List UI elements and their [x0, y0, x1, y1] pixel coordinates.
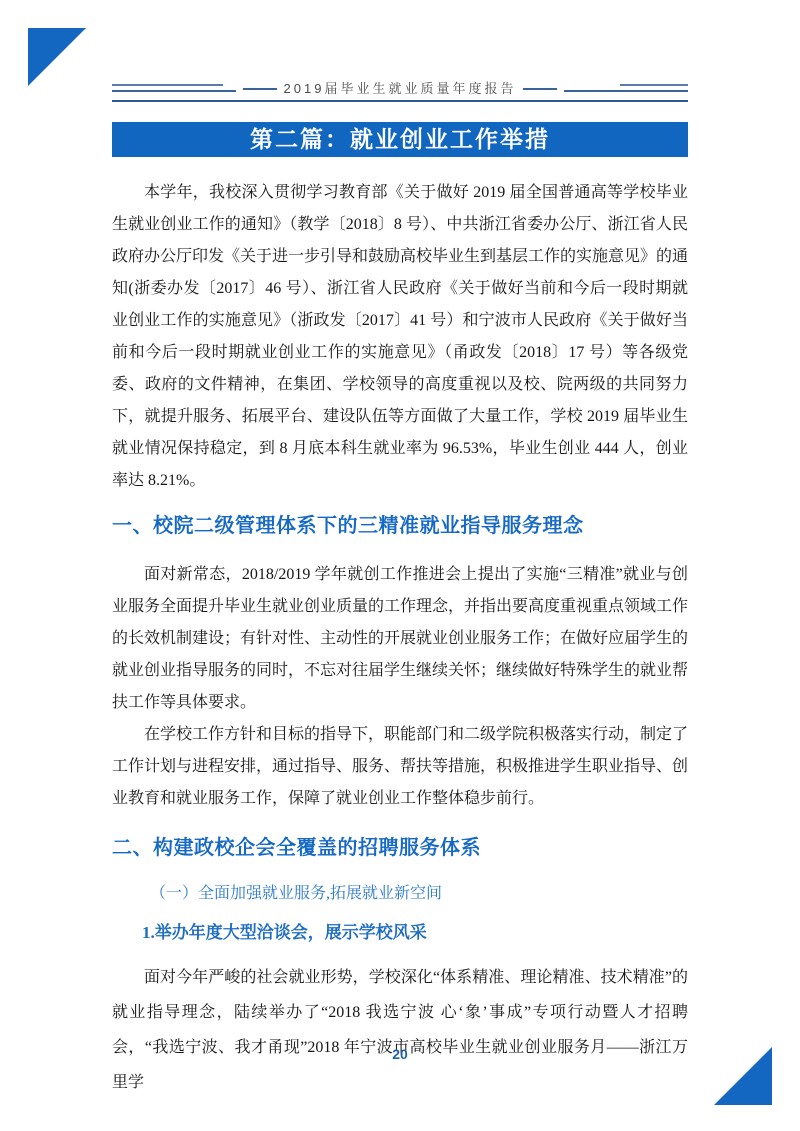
item-heading: 1.举办年度大型洽谈会，展示学校风采	[112, 922, 688, 944]
section-two-heading: 二、构建政校企会全覆盖的招聘服务体系	[112, 835, 688, 861]
header-bottom-rule	[112, 100, 688, 102]
header-title: 2019届毕业生就业质量年度报告	[284, 82, 517, 96]
page-number: 20	[0, 1046, 800, 1062]
header-dash-right	[523, 88, 557, 90]
section-two-paragraph: 面对今年严峻的社会就业形势，学校深化“体系精准、理论精准、技术精准”的就业指导理…	[112, 960, 688, 1100]
section-one-paragraph-1: 面对新常态，2018/2019 学年就创工作推进会上提出了实施“三精准”就业与创…	[112, 559, 688, 719]
document-page: { "header": { "title": "2019届毕业生就业质量年度报告…	[0, 0, 800, 1131]
page-content: 本学年，我校深入贯彻学习教育部《关于做好 2019 届全国普通高等学校毕业生就业…	[112, 157, 688, 1100]
header-rule-left	[112, 82, 236, 96]
page-header: 2019届毕业生就业质量年度报告	[112, 80, 688, 98]
section-one-heading: 一、校院二级管理体系下的三精准就业指导服务理念	[112, 513, 688, 539]
chapter-banner-title: 第二篇：就业创业工作举措	[250, 126, 550, 152]
corner-triangle-top-left	[28, 28, 86, 86]
chapter-banner: 第二篇：就业创业工作举措	[112, 122, 688, 157]
section-one-paragraph-2: 在学校工作方针和目标的指导下，职能部门和二级学院积极落实行动，制定了工作计划与进…	[112, 719, 688, 815]
subsection-heading: （一）全面加强就业服务,拓展就业新空间	[112, 883, 688, 904]
intro-paragraph: 本学年，我校深入贯彻学习教育部《关于做好 2019 届全国普通高等学校毕业生就业…	[112, 177, 688, 497]
header-dash-left	[243, 88, 277, 90]
header-rule-right	[564, 82, 688, 96]
